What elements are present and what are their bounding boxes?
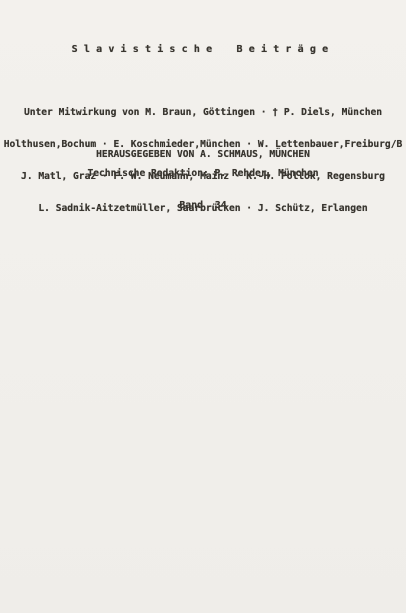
technical-editor-line: Technische Redaktion: P. Rehder, München — [0, 168, 406, 179]
contributors-block: Unter Mitwirkung von M. Braun, Göttingen… — [0, 87, 406, 235]
publisher-line: HERAUSGEGEBEN VON A. SCHMAUS, MÜNCHEN — [0, 149, 406, 160]
contributor-line: Unter Mitwirkung von M. Braun, Göttingen… — [0, 108, 406, 119]
book-series-title: Slavistische Beiträge — [0, 44, 406, 55]
volume-label: Band 34 — [0, 200, 406, 211]
scanned-title-page: Slavistische Beiträge Unter Mitwirkung v… — [0, 0, 406, 613]
